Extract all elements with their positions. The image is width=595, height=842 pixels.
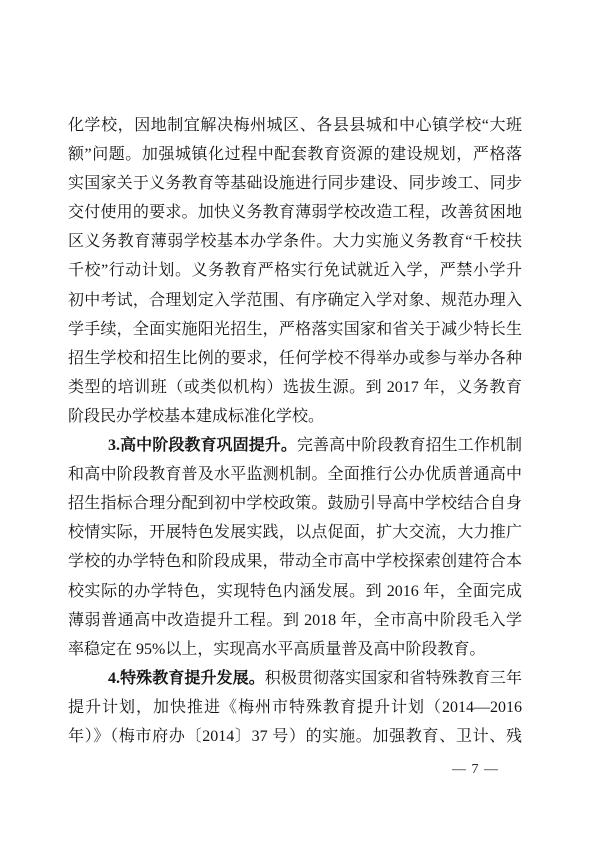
text-line: 交付使用的要求。加快义务教育薄弱学校改造工程，改善贫困地 — [68, 198, 522, 227]
body-run: 学校的办学特色和阶段成果，带动全市高中学校探索创建符合本 — [68, 553, 522, 570]
body-run: 交付使用的要求。加快义务教育薄弱学校改造工程，改善贫困地 — [68, 204, 522, 221]
body-run: 实国家关于义务教育等基础设施进行同步建设、同步竣工、同步 — [68, 175, 522, 192]
body-run: 提升计划，加快推进《梅州市特殊教育提升计划（2014—2016 — [68, 699, 522, 716]
heading-run: 3.高中阶段教育巩固提升。 — [108, 437, 297, 454]
body-run: 校实际的办学特色，实现特色内涵发展。到 2016 年，全面完成 — [68, 583, 522, 600]
text-line: 招生学校和招生比例的要求，任何学校不得举办或参与举办各种 — [68, 344, 522, 373]
document-body: 化学校，因地制宜解决梅州城区、各县县城和中心镇学校“大班额”问题。加强城镇化过程… — [68, 111, 522, 751]
body-run: 薄弱普通高中改造提升工程。到 2018 年，全市高中阶段毛入学 — [68, 612, 522, 629]
body-run: 阶段民办学校基本建成标准化学校。 — [68, 408, 324, 425]
text-line: 实国家关于义务教育等基础设施进行同步建设、同步竣工、同步 — [68, 169, 522, 198]
body-run: 招生指标合理分配到初中学校政策。鼓励引导高中学校结合自身 — [68, 495, 522, 512]
text-line: 3.高中阶段教育巩固提升。完善高中阶段教育招生工作机制 — [68, 431, 522, 460]
body-run: 学手续，全面实施阳光招生，严格落实国家和省关于减少特长生 — [68, 321, 522, 338]
body-run: 积极贯彻落实国家和省特殊教育三年 — [265, 670, 522, 687]
text-line: 额”问题。加强城镇化过程中配套教育资源的建设规划，严格落 — [68, 140, 522, 169]
body-run: 校情实际，开展特色发展实践，以点促面，扩大交流，大力推广 — [68, 524, 522, 541]
body-run: 率稳定在 95%以上，实现高水平高质量普及高中阶段教育。 — [68, 641, 485, 658]
text-line: 年）》（梅市府办〔2014〕37 号）的实施。加强教育、卫计、残 — [68, 722, 522, 751]
body-run: 招生学校和招生比例的要求，任何学校不得举办或参与举办各种 — [68, 350, 522, 367]
document-page: 化学校，因地制宜解决梅州城区、各县县城和中心镇学校“大班额”问题。加强城镇化过程… — [0, 0, 595, 842]
text-line: 薄弱普通高中改造提升工程。到 2018 年，全市高中阶段毛入学 — [68, 606, 522, 635]
text-line: 千校”行动计划。义务教育严格实行免试就近入学，严禁小学升 — [68, 256, 522, 285]
body-run: 类型的培训班（或类似机构）选拔生源。到 2017 年，义务教育 — [68, 379, 522, 396]
body-run: 完善高中阶段教育招生工作机制 — [297, 437, 522, 454]
text-line: 率稳定在 95%以上，实现高水平高质量普及高中阶段教育。 — [68, 635, 522, 664]
body-run: 化学校，因地制宜解决梅州城区、各县县城和中心镇学校“大班 — [68, 117, 522, 134]
text-line: 初中考试，合理划定入学范围、有序确定入学对象、规范办理入 — [68, 286, 522, 315]
body-run: 额”问题。加强城镇化过程中配套教育资源的建设规划，严格落 — [68, 146, 522, 163]
text-line: 招生指标合理分配到初中学校政策。鼓励引导高中学校结合自身 — [68, 489, 522, 518]
text-line: 类型的培训班（或类似机构）选拔生源。到 2017 年，义务教育 — [68, 373, 522, 402]
text-line: 化学校，因地制宜解决梅州城区、各县县城和中心镇学校“大班 — [68, 111, 522, 140]
text-line: 和高中阶段教育普及水平监测机制。全面推行公办优质普通高中 — [68, 460, 522, 489]
text-line: 学手续，全面实施阳光招生，严格落实国家和省关于减少特长生 — [68, 315, 522, 344]
body-run: 初中考试，合理划定入学范围、有序确定入学对象、规范办理入 — [68, 292, 522, 309]
body-run: 千校”行动计划。义务教育严格实行免试就近入学，严禁小学升 — [68, 262, 522, 279]
text-line: 阶段民办学校基本建成标准化学校。 — [68, 402, 522, 431]
heading-run: 4.特殊教育提升发展。 — [108, 670, 265, 687]
text-line: 区义务教育薄弱学校基本办学条件。大力实施义务教育“千校扶 — [68, 227, 522, 256]
text-line: 校情实际，开展特色发展实践，以点促面，扩大交流，大力推广 — [68, 518, 522, 547]
body-run: 区义务教育薄弱学校基本办学条件。大力实施义务教育“千校扶 — [68, 233, 522, 250]
text-line: 学校的办学特色和阶段成果，带动全市高中学校探索创建符合本 — [68, 547, 522, 576]
page-number: — 7 — — [452, 762, 512, 778]
body-run: 和高中阶段教育普及水平监测机制。全面推行公办优质普通高中 — [68, 466, 522, 483]
text-line: 4.特殊教育提升发展。积极贯彻落实国家和省特殊教育三年 — [68, 664, 522, 693]
text-line: 校实际的办学特色，实现特色内涵发展。到 2016 年，全面完成 — [68, 577, 522, 606]
body-run: 年）》（梅市府办〔2014〕37 号）的实施。加强教育、卫计、残 — [68, 728, 522, 745]
text-line: 提升计划，加快推进《梅州市特殊教育提升计划（2014—2016 — [68, 693, 522, 722]
